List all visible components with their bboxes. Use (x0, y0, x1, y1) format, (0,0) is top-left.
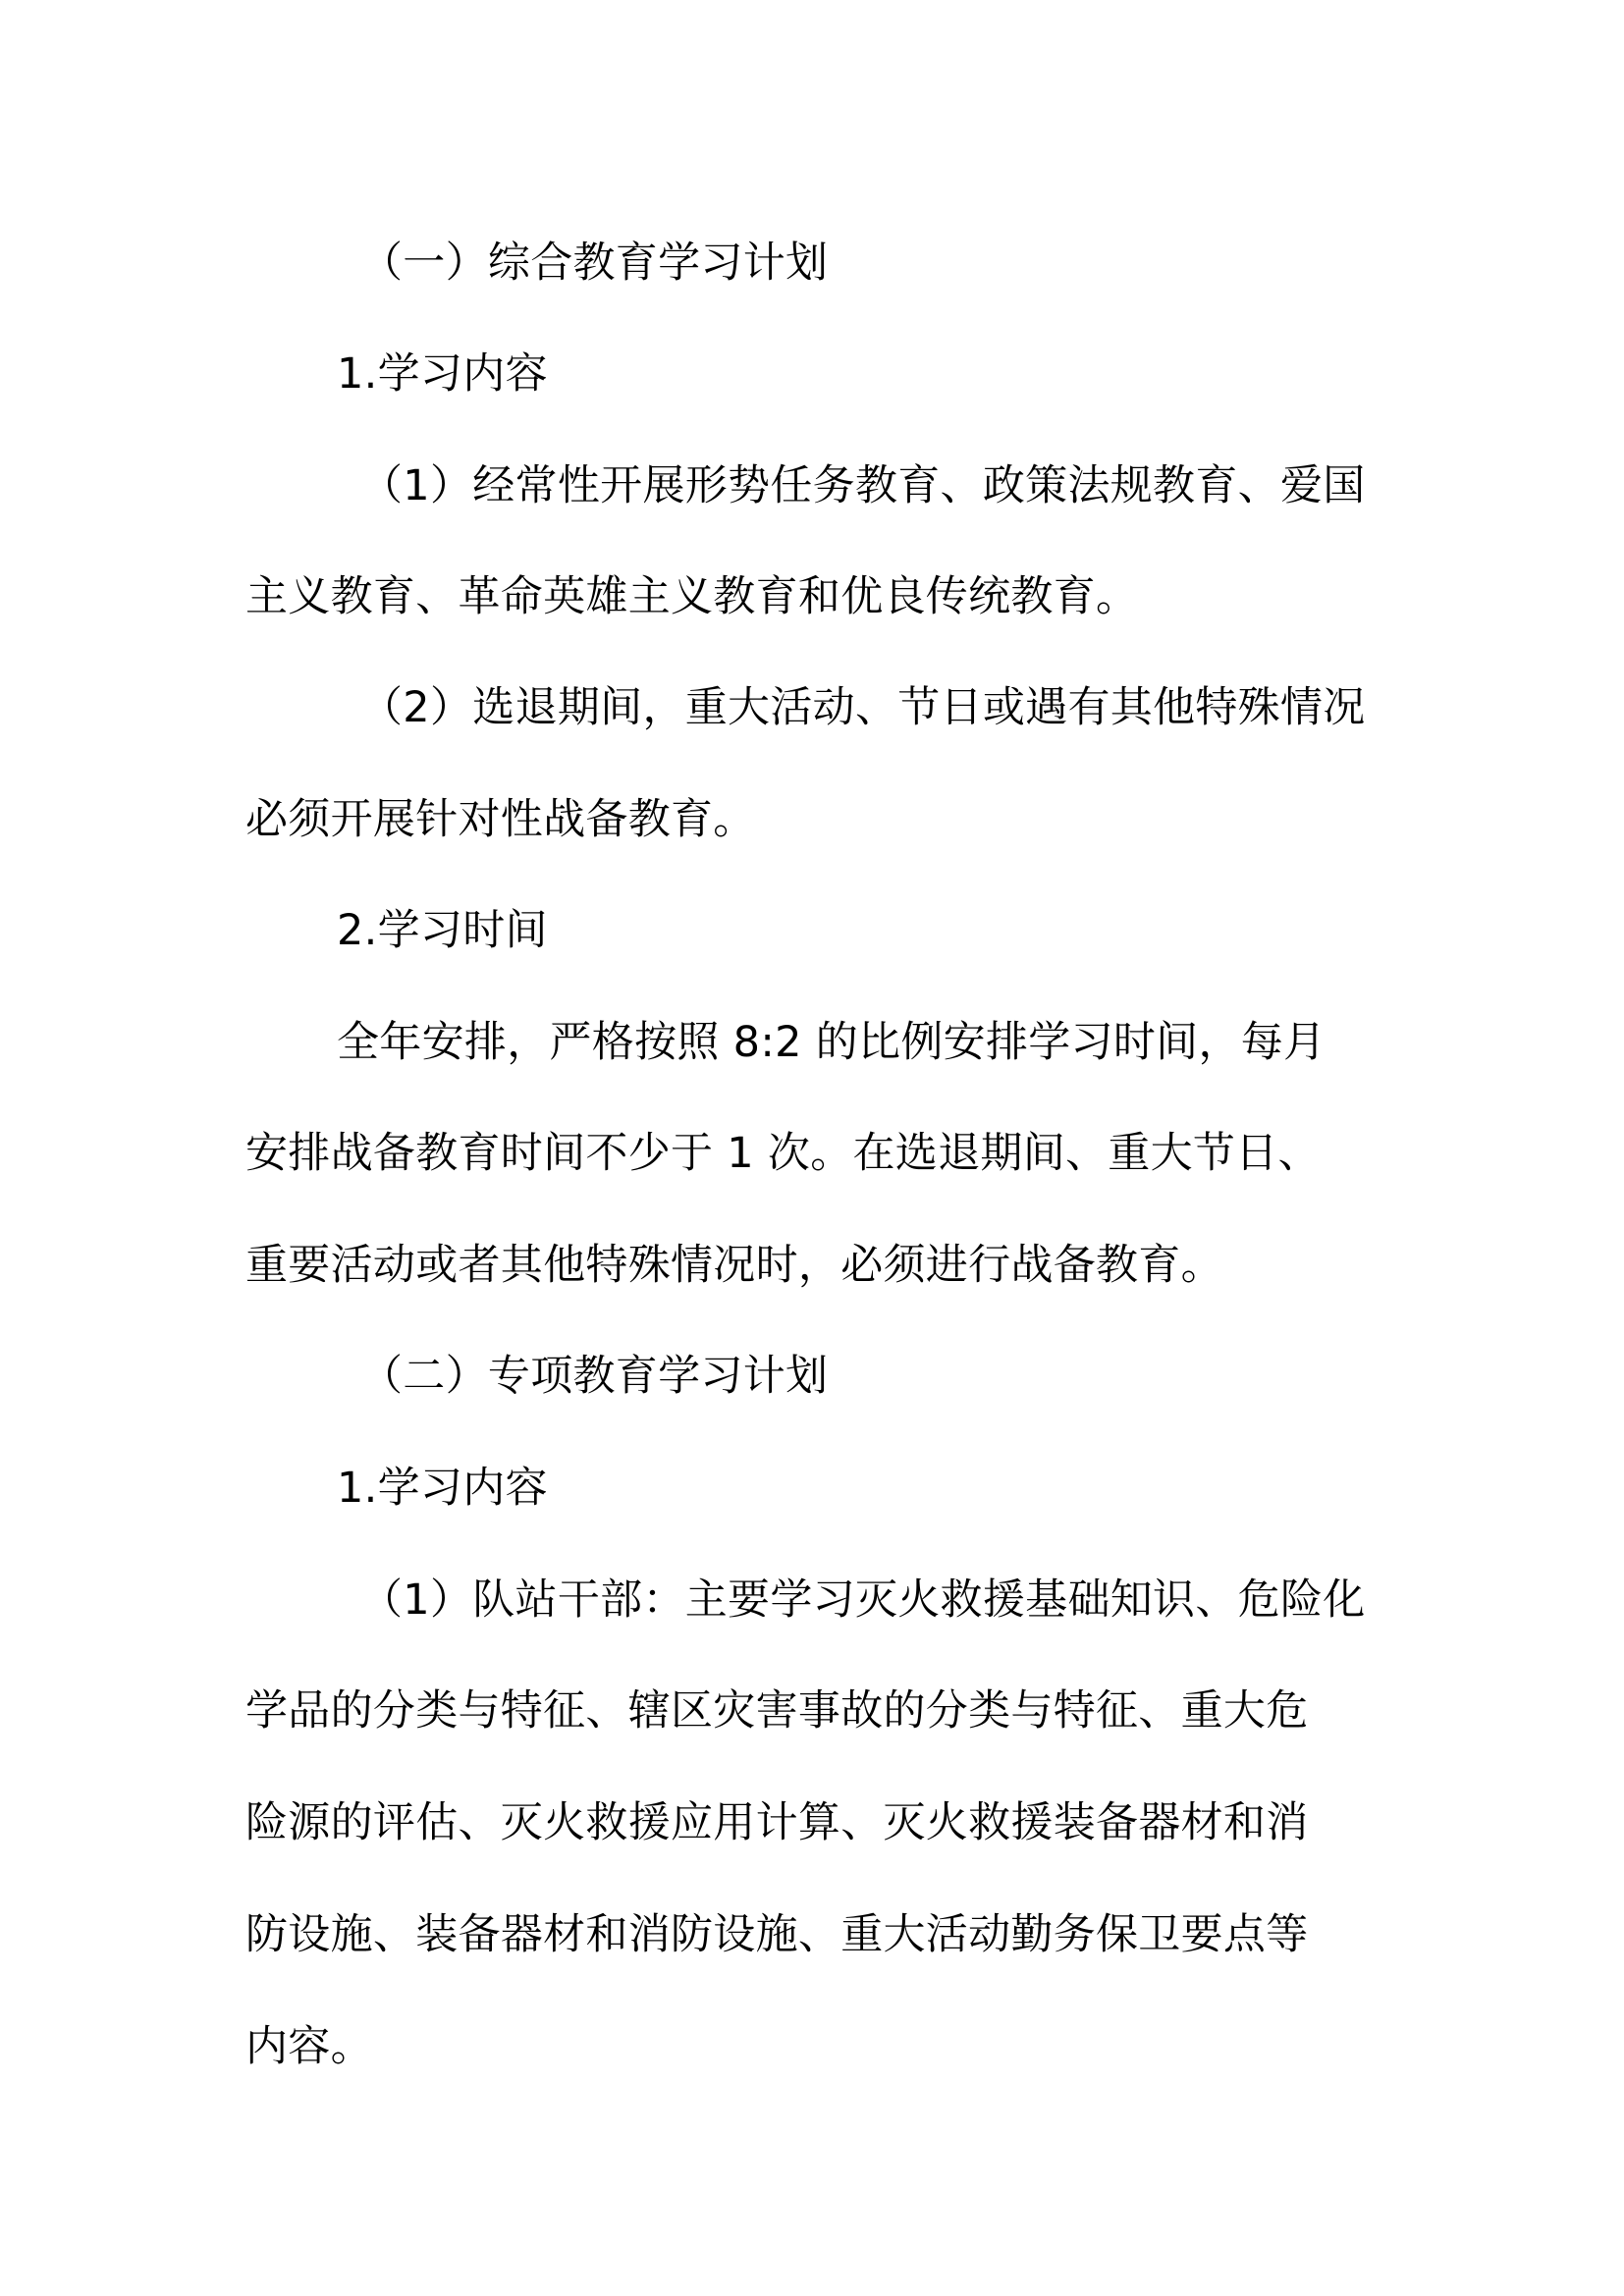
section-heading-1: （一）综合教育学习计划 (360, 236, 828, 291)
paragraph-4-line-5: 内容。 (245, 2019, 373, 2074)
paragraph-1-line-1: （1）经常性开展形势任务教育、政策法规教育、爱国 (360, 458, 1366, 513)
paragraph-4-line-4: 防设施、装备器材和消防设施、重大活动勤务保卫要点等 (245, 1907, 1309, 1962)
paragraph-3-line-1: 全年安排，严格按照 8:2 的比例安排学习时间，每月 (337, 1015, 1326, 1070)
paragraph-4-line-3: 险源的评估、灭火救援应用计算、灭火救援装备器材和消 (245, 1795, 1309, 1850)
paragraph-4-line-2: 学品的分类与特征、辖区灾害事故的分类与特征、重大危 (245, 1683, 1309, 1738)
paragraph-2-line-1: （2）选退期间，重大活动、节日或遇有其他特殊情况 (360, 680, 1366, 735)
subsection-heading-content-2: 1.学习内容 (337, 1461, 548, 1516)
paragraph-2-line-2: 必须开展针对性战备教育。 (245, 792, 756, 847)
subsection-heading-content: 1.学习内容 (337, 347, 548, 401)
paragraph-3-line-2: 安排战备教育时间不少于 1 次。在选退期间、重大节日、 (245, 1126, 1321, 1181)
paragraph-1-line-2: 主义教育、革命英雄主义教育和优良传统教育。 (245, 569, 1138, 624)
paragraph-3-line-3: 重要活动或者其他特殊情况时，必须进行战备教育。 (245, 1238, 1223, 1293)
section-heading-2: （二）专项教育学习计划 (360, 1349, 828, 1404)
subsection-heading-time: 2.学习时间 (337, 903, 548, 958)
paragraph-4-line-1: （1）队站干部：主要学习灭火救援基础知识、危险化 (360, 1573, 1366, 1628)
